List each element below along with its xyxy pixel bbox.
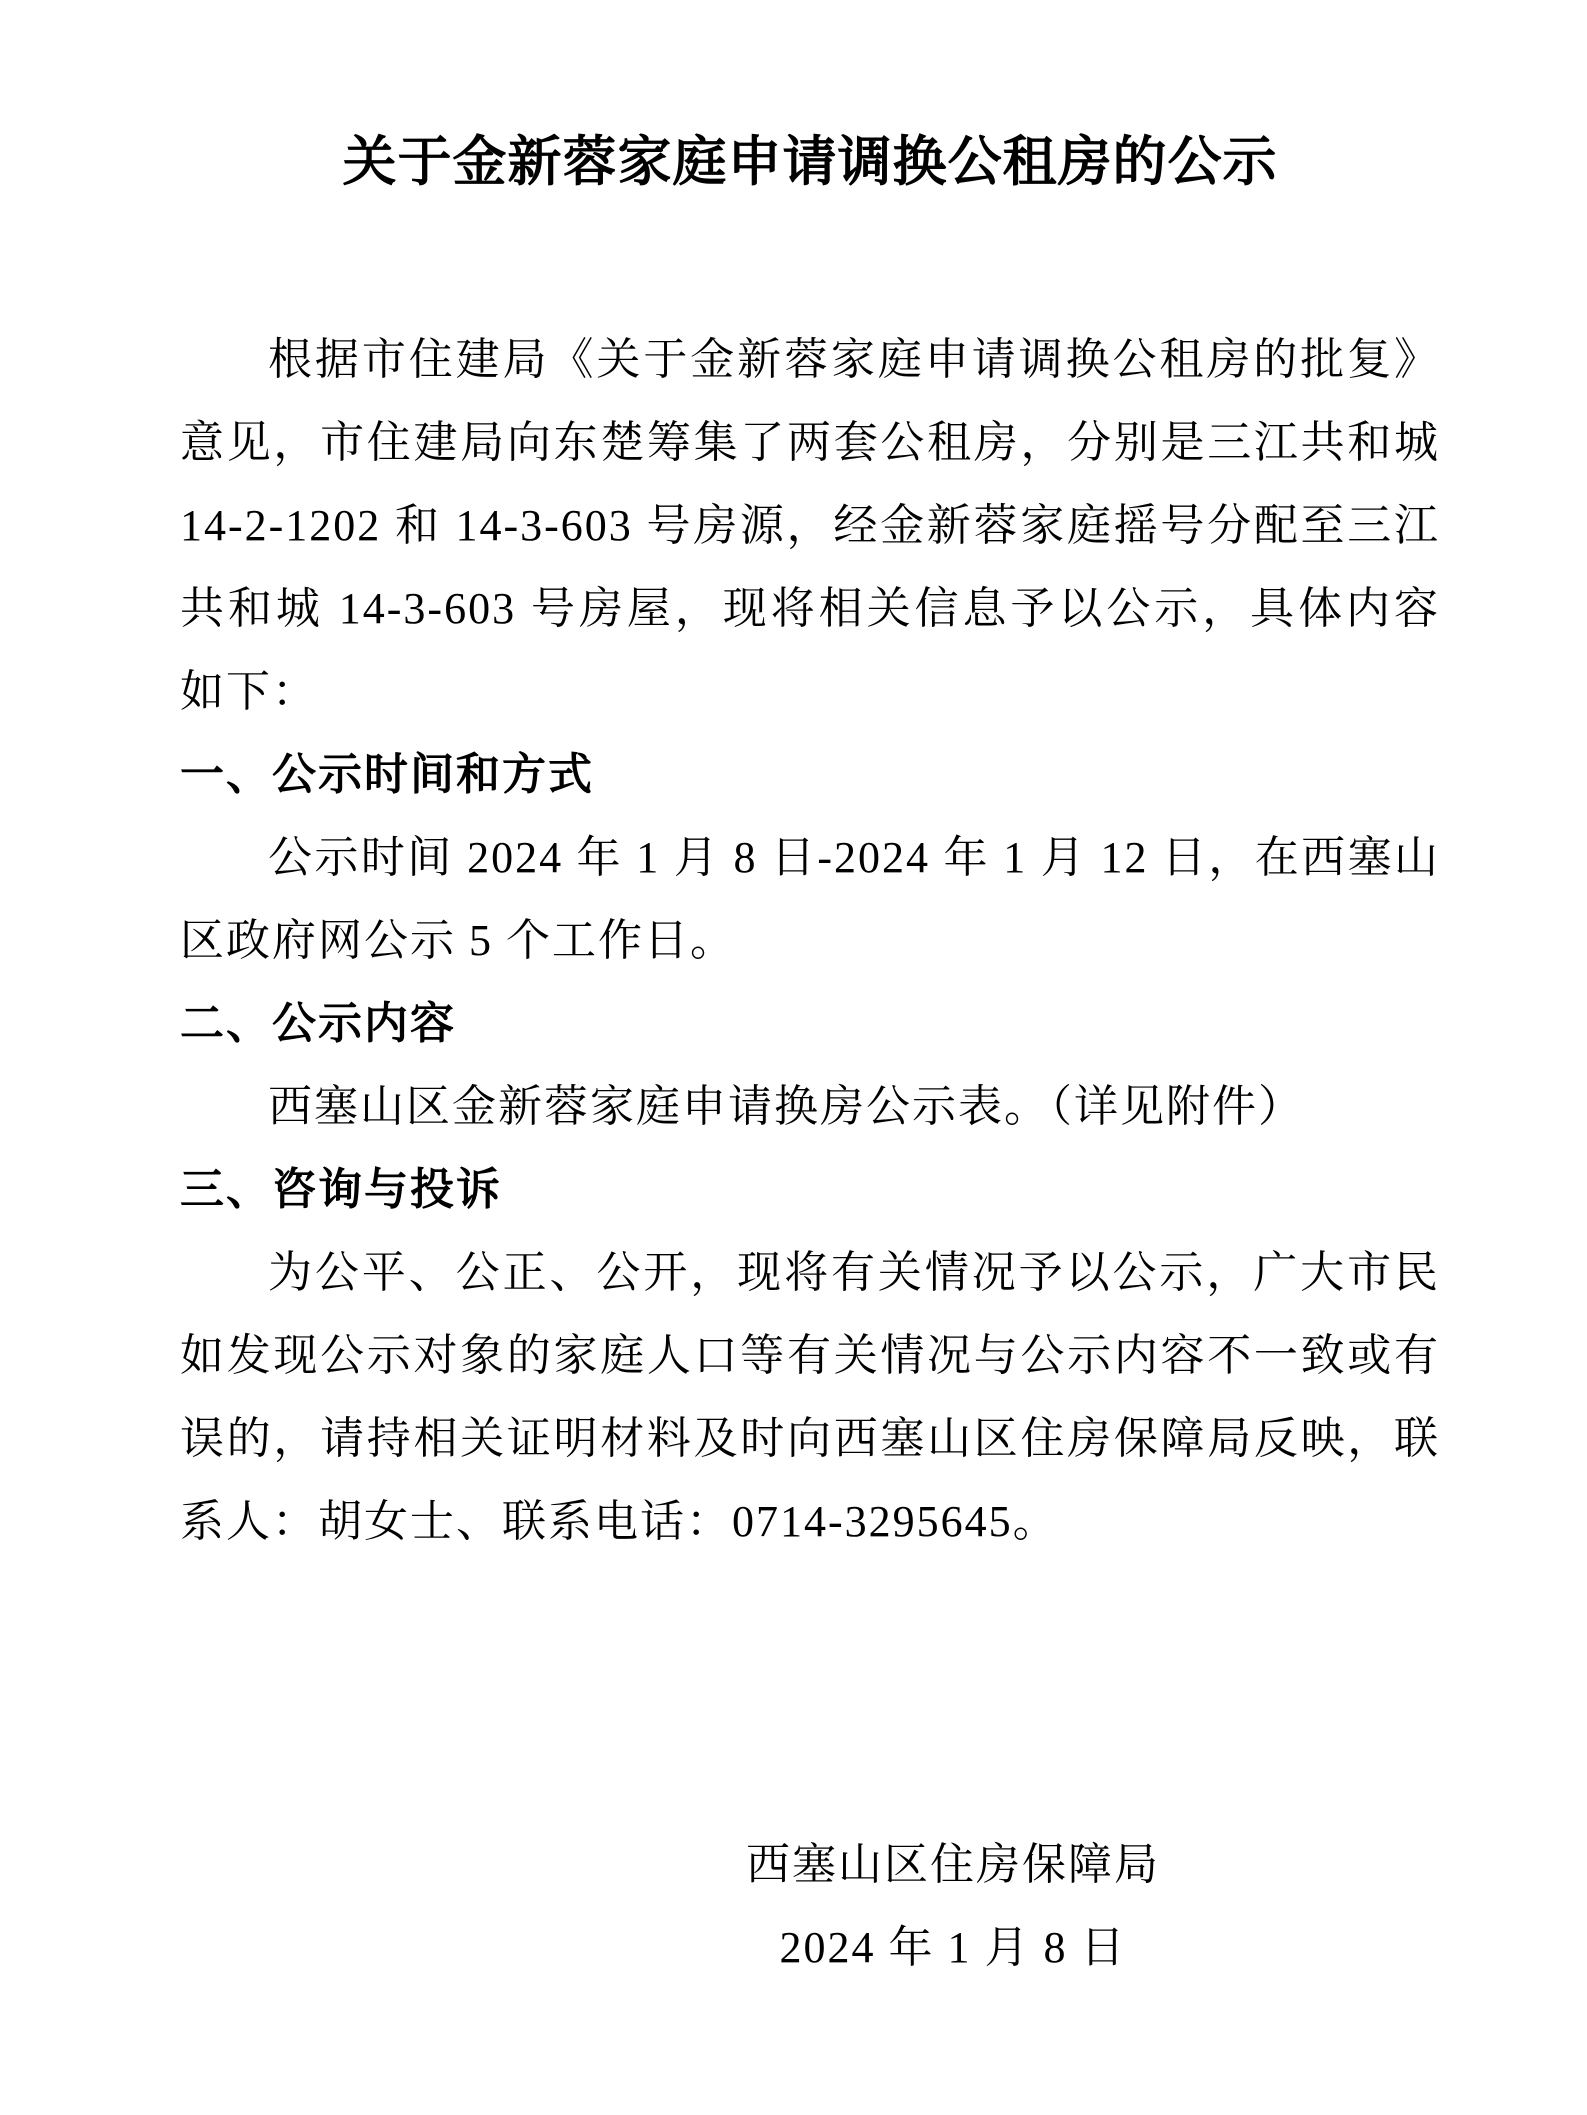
signature-date: 2024 年 1 月 8 日 [746,1906,1160,1989]
section-3-heading: 三、咨询与投诉 [180,1148,1440,1231]
page-title: 关于金新蓉家庭申请调换公租房的公示 [180,122,1440,202]
document-page: 关于金新蓉家庭申请调换公租房的公示 根据市住建局《关于金新蓉家庭申请调换公租房的… [0,0,1587,2115]
signature-block: 西塞山区住房保障局 2024 年 1 月 8 日 [746,1823,1160,1989]
signature-organization: 西塞山区住房保障局 [746,1823,1160,1906]
section-2-body: 西塞山区金新蓉家庭申请换房公示表。（详见附件） [180,1065,1440,1148]
section-3-body: 为公平、公正、公开，现将有关情况予以公示，广大市民如发现公示对象的家庭人口等有关… [180,1231,1440,1563]
intro-paragraph: 根据市住建局《关于金新蓉家庭申请调换公租房的批复》意见，市住建局向东楚筹集了两套… [180,318,1440,733]
section-1-heading: 一、公示时间和方式 [180,733,1440,816]
section-1-body: 公示时间 2024 年 1 月 8 日-2024 年 1 月 12 日，在西塞山… [180,816,1440,982]
section-2-heading: 二、公示内容 [180,982,1440,1065]
